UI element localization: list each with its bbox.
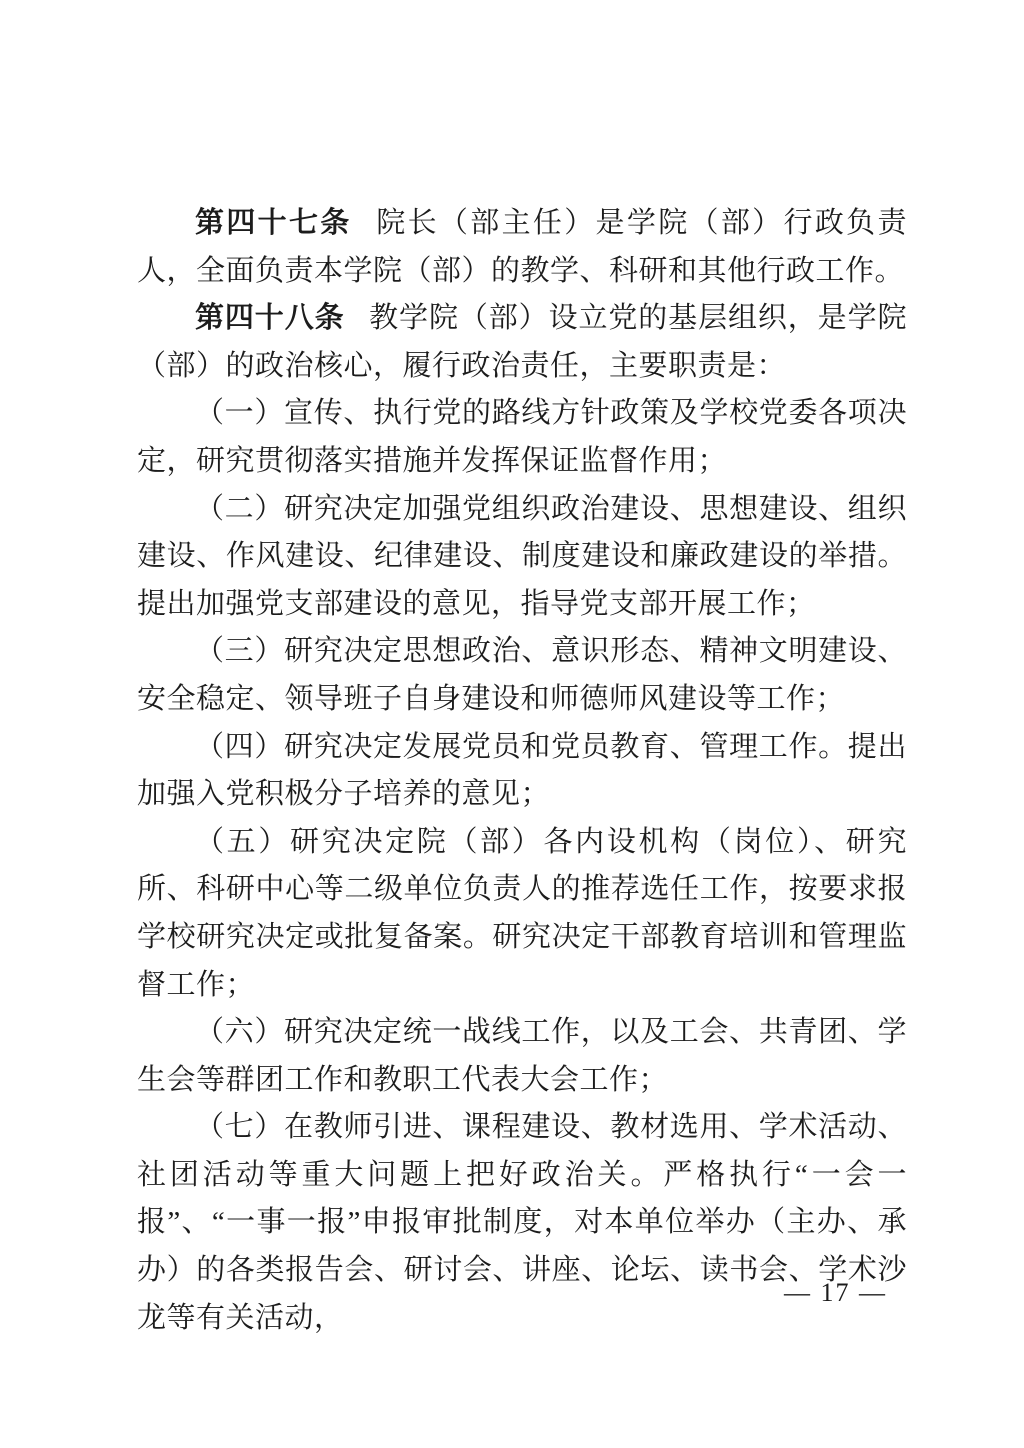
item-paragraph: （五）研究决定院（部）各内设机构（岗位）、研究所、科研中心等二级单位负责人的推荐…: [137, 819, 907, 1009]
item-paragraph: （二）研究决定加强党组织政治建设、思想建设、组织建设、作风建设、纪律建设、制度建…: [137, 486, 907, 629]
item-paragraph: （六）研究决定统一战线工作，以及工会、共青团、学生会等群团工作和教职工代表大会工…: [137, 1009, 907, 1104]
paragraph-text: （四）研究决定发展党员和党员教育、管理工作。提出加强入党积极分子培养的意见；: [137, 731, 907, 811]
document-page: 第四十七条院长（部主任）是学院（部）行政负责人，全面负责本学院（部）的教学、科研…: [0, 0, 1024, 1448]
article-paragraph: 第四十七条院长（部主任）是学院（部）行政负责人，全面负责本学院（部）的教学、科研…: [137, 200, 907, 295]
article-paragraph: 第四十八条教学院（部）设立党的基层组织，是学院（部）的政治核心，履行政治责任，主…: [137, 295, 907, 390]
paragraph-text: （五）研究决定院（部）各内设机构（岗位）、研究所、科研中心等二级单位负责人的推荐…: [137, 826, 907, 1001]
paragraph-text: （三）研究决定思想政治、意识形态、精神文明建设、安全稳定、领导班子自身建设和师德…: [137, 635, 907, 715]
page-number: — 17 —: [784, 1278, 887, 1308]
article-number: 第四十八条: [195, 302, 369, 334]
item-paragraph: （四）研究决定发展党员和党员教育、管理工作。提出加强入党积极分子培养的意见；: [137, 724, 907, 819]
document-body: 第四十七条院长（部主任）是学院（部）行政负责人，全面负责本学院（部）的教学、科研…: [137, 200, 907, 1342]
paragraph-text: （二）研究决定加强党组织政治建设、思想建设、组织建设、作风建设、纪律建设、制度建…: [137, 493, 907, 620]
paragraph-text: （一）宣传、执行党的路线方针政策及学校党委各项决定，研究贯彻落实措施并发挥保证监…: [137, 397, 907, 477]
item-paragraph: （一）宣传、执行党的路线方针政策及学校党委各项决定，研究贯彻落实措施并发挥保证监…: [137, 390, 907, 485]
article-number: 第四十七条: [195, 207, 376, 239]
paragraph-text: （六）研究决定统一战线工作，以及工会、共青团、学生会等群团工作和教职工代表大会工…: [137, 1016, 907, 1096]
item-paragraph: （三）研究决定思想政治、意识形态、精神文明建设、安全稳定、领导班子自身建设和师德…: [137, 628, 907, 723]
